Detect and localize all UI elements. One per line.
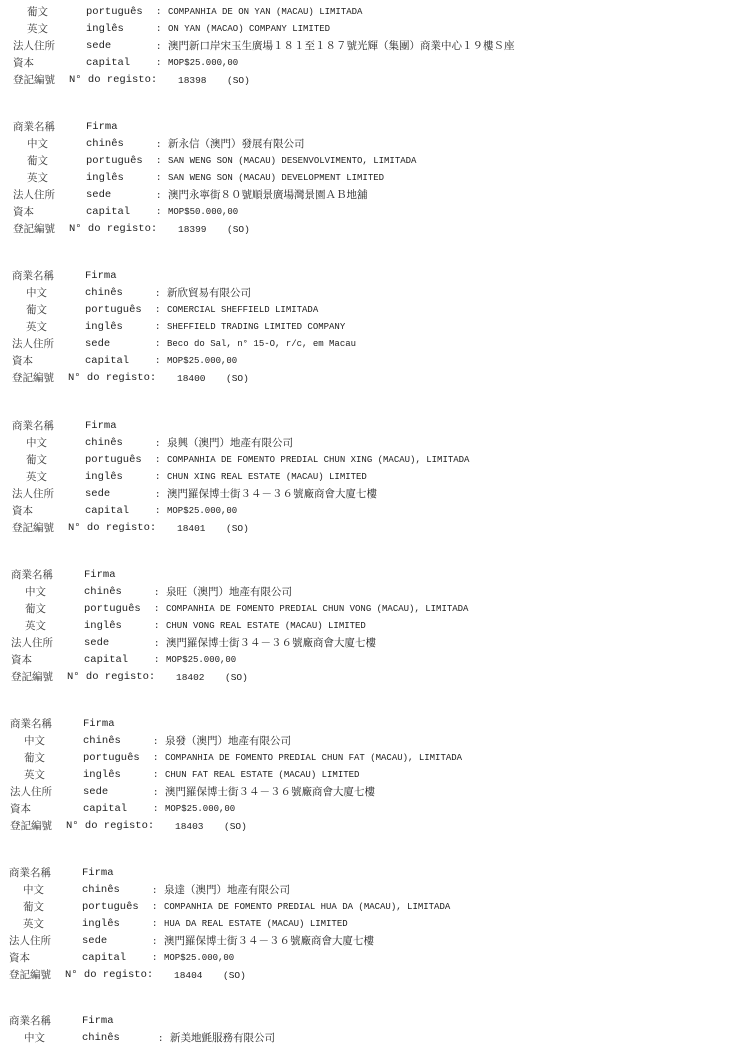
label-registo-zh: 登記編號 xyxy=(13,221,55,238)
value-text: SHEFFIELD TRADING LIMITED COMPANY xyxy=(167,322,345,332)
colon: : xyxy=(153,734,165,751)
value-ingles: :HUA DA REAL ESTATE (MACAU) LIMITED xyxy=(152,916,348,933)
value-text: CHUN FAT REAL ESTATE (MACAU) LIMITED xyxy=(165,770,359,780)
value-text: MOP$50.000,00 xyxy=(168,207,238,217)
value-text: MOP$25.000,00 xyxy=(167,356,237,366)
label-firma-zh: 商業名稱 xyxy=(12,418,54,435)
label-chines-pt: chinês xyxy=(83,733,121,750)
label-sede-zh: 法人住所 xyxy=(11,635,53,652)
value-text: 新美地氈服務有限公司 xyxy=(170,1032,275,1044)
label-registo-zh: 登記編號 xyxy=(10,818,52,835)
label-chines-pt: chinês xyxy=(82,882,120,899)
label-registo-pt: N° do registo: xyxy=(67,669,155,686)
registo-tag: (SO) xyxy=(227,221,250,238)
registo-tag: (SO) xyxy=(227,72,250,89)
colon: : xyxy=(155,469,167,486)
label-portugues-zh: 葡文 xyxy=(24,750,45,767)
value-text: COMPANHIA DE FOMENTO PREDIAL HUA DA (MAC… xyxy=(164,902,450,912)
label-capital-zh: 資本 xyxy=(9,950,30,967)
registo-tag: (SO) xyxy=(226,520,249,537)
label-chines-pt: chinês xyxy=(85,435,123,452)
label-ingles-pt: inglês xyxy=(83,767,121,784)
registo-number: 18402 xyxy=(176,669,205,686)
colon: : xyxy=(153,785,165,802)
value-chines: :泉興（澳門）地產有限公司 xyxy=(155,435,293,453)
label-capital-pt: capital xyxy=(86,55,130,72)
label-portugues-zh: 葡文 xyxy=(27,153,48,170)
value-portugues: :COMPANHIA DE FOMENTO PREDIAL CHUN VONG … xyxy=(154,601,468,618)
label-sede-zh: 法人住所 xyxy=(12,336,54,353)
label-sede-zh: 法人住所 xyxy=(9,933,51,950)
colon: : xyxy=(156,137,168,154)
value-text: COMPANHIA DE FOMENTO PREDIAL CHUN VONG (… xyxy=(166,604,468,614)
label-ingles-pt: inglês xyxy=(86,21,124,38)
colon: : xyxy=(156,55,168,72)
label-chines-pt: chinês xyxy=(86,136,124,153)
label-capital-pt: capital xyxy=(85,353,129,370)
label-sede-pt: sede xyxy=(84,635,109,652)
colon: : xyxy=(155,487,167,504)
label-ingles-pt: inglês xyxy=(86,170,124,187)
label-ingles-zh: 英文 xyxy=(27,21,48,38)
label-capital-zh: 資本 xyxy=(13,204,34,221)
value-capital: :MOP$25.000,00 xyxy=(155,353,237,370)
label-portugues-zh: 葡文 xyxy=(23,899,44,916)
colon: : xyxy=(155,503,167,520)
colon: : xyxy=(154,636,166,653)
value-capital: :MOP$25.000,00 xyxy=(153,801,235,818)
label-portugues-zh: 葡文 xyxy=(25,601,46,618)
value-ingles: :SHEFFIELD TRADING LIMITED COMPANY xyxy=(155,319,345,336)
registo-number: 18403 xyxy=(175,818,204,835)
value-ingles: :CHUN XING REAL ESTATE (MACAU) LIMITED xyxy=(155,469,367,486)
label-sede-zh: 法人住所 xyxy=(10,784,52,801)
label-chines-pt: chinês xyxy=(85,285,123,302)
colon: : xyxy=(154,585,166,602)
colon: : xyxy=(153,801,165,818)
label-portugues-pt: português xyxy=(85,302,142,319)
label-portugues-zh: 葡文 xyxy=(26,302,47,319)
value-text: Beco do Sal, n° 15-O, r/c, em Macau xyxy=(167,339,356,349)
label-registo-pt: N° do registo: xyxy=(69,221,157,238)
registo-tag: (SO) xyxy=(224,818,247,835)
value-chines: :泉發（澳門）地產有限公司 xyxy=(153,733,291,751)
registo-tag: (SO) xyxy=(225,669,248,686)
value-capital: :MOP$25.000,00 xyxy=(156,55,238,72)
value-text: MOP$25.000,00 xyxy=(164,953,234,963)
label-portugues-zh: 葡文 xyxy=(26,452,47,469)
value-capital: :MOP$25.000,00 xyxy=(154,652,236,669)
value-text: 澳門羅保博士街３４－３６號廠商會大廈七樓 xyxy=(165,786,375,798)
registo-number: 18400 xyxy=(177,370,206,387)
colon: : xyxy=(156,4,168,21)
registo-tag: (SO) xyxy=(226,370,249,387)
label-chines-pt: chinês xyxy=(82,1030,120,1047)
label-portugues-pt: português xyxy=(85,452,142,469)
colon: : xyxy=(152,899,164,916)
value-text: 泉興（澳門）地產有限公司 xyxy=(167,437,293,449)
colon: : xyxy=(152,934,164,951)
label-ingles-pt: inglês xyxy=(85,319,123,336)
label-sede-pt: sede xyxy=(83,784,108,801)
label-ingles-pt: inglês xyxy=(84,618,122,635)
label-firma-pt: Firma xyxy=(82,865,114,882)
label-registo-zh: 登記編號 xyxy=(9,967,51,984)
label-capital-pt: capital xyxy=(82,950,126,967)
value-capital: :MOP$25.000,00 xyxy=(152,950,234,967)
colon: : xyxy=(155,302,167,319)
colon: : xyxy=(154,652,166,669)
label-chines-zh: 中文 xyxy=(23,882,44,899)
label-chines-zh: 中文 xyxy=(24,1030,45,1047)
label-registo-pt: N° do registo: xyxy=(68,370,156,387)
label-registo-pt: N° do registo: xyxy=(66,818,154,835)
colon: : xyxy=(153,750,165,767)
value-text: 澳門羅保博士街３４－３６號廠商會大廈七樓 xyxy=(166,637,376,649)
label-registo-zh: 登記編號 xyxy=(11,669,53,686)
colon: : xyxy=(155,286,167,303)
label-firma-pt: Firma xyxy=(85,418,117,435)
label-sede-pt: sede xyxy=(85,486,110,503)
value-capital: :MOP$50.000,00 xyxy=(156,204,238,221)
value-capital: :MOP$25.000,00 xyxy=(155,503,237,520)
label-sede-pt: sede xyxy=(86,38,111,55)
value-ingles: :ON YAN (MACAO) COMPANY LIMITED xyxy=(156,21,330,38)
label-firma-pt: Firma xyxy=(82,1013,114,1030)
label-capital-pt: capital xyxy=(86,204,130,221)
label-firma-pt: Firma xyxy=(86,119,118,136)
value-chines: :泉旺（澳門）地產有限公司 xyxy=(154,584,292,602)
colon: : xyxy=(155,452,167,469)
label-capital-zh: 資本 xyxy=(10,801,31,818)
label-capital-zh: 資本 xyxy=(13,55,34,72)
colon: : xyxy=(154,601,166,618)
label-firma-pt: Firma xyxy=(83,716,115,733)
label-sede-pt: sede xyxy=(85,336,110,353)
value-text: MOP$25.000,00 xyxy=(168,58,238,68)
registo-number: 18399 xyxy=(178,221,207,238)
value-chines: :新欣貿易有限公司 xyxy=(155,285,251,303)
colon: : xyxy=(155,436,167,453)
value-chines: :泉達（澳門）地產有限公司 xyxy=(152,882,290,900)
colon: : xyxy=(156,21,168,38)
value-chines: :新永信（澳門）發展有限公司 xyxy=(156,136,305,154)
label-sede-zh: 法人住所 xyxy=(13,187,55,204)
value-text: CHUN XING REAL ESTATE (MACAU) LIMITED xyxy=(167,472,367,482)
colon: : xyxy=(156,170,168,187)
label-registo-zh: 登記編號 xyxy=(12,370,54,387)
value-ingles: :CHUN FAT REAL ESTATE (MACAU) LIMITED xyxy=(153,767,359,784)
label-sede-zh: 法人住所 xyxy=(13,38,55,55)
colon: : xyxy=(154,618,166,635)
value-text: COMPANHIA DE FOMENTO PREDIAL CHUN FAT (M… xyxy=(165,753,462,763)
label-registo-pt: N° do registo: xyxy=(65,967,153,984)
value-text: COMPANHIA DE ON YAN (MACAU) LIMITADA xyxy=(168,7,362,17)
value-ingles: :SAN WENG SON (MACAU) DEVELOPMENT LIMITE… xyxy=(156,170,384,187)
colon: : xyxy=(156,188,168,205)
label-firma-pt: Firma xyxy=(84,567,116,584)
value-text: HUA DA REAL ESTATE (MACAU) LIMITED xyxy=(164,919,348,929)
label-ingles-zh: 英文 xyxy=(23,916,44,933)
label-firma-zh: 商業名稱 xyxy=(10,716,52,733)
value-text: COMPANHIA DE FOMENTO PREDIAL CHUN XING (… xyxy=(167,455,469,465)
value-text: SAN WENG SON (MACAU) DEVELOPMENT LIMITED xyxy=(168,173,384,183)
value-sede: :Beco do Sal, n° 15-O, r/c, em Macau xyxy=(155,336,356,353)
value-sede: :澳門羅保博士街３４－３６號廠商會大廈七樓 xyxy=(155,486,377,504)
label-portugues-pt: português xyxy=(86,4,143,21)
value-text: 新欣貿易有限公司 xyxy=(167,287,251,299)
registo-number: 18398 xyxy=(178,72,207,89)
label-capital-zh: 資本 xyxy=(11,652,32,669)
label-capital-pt: capital xyxy=(84,652,128,669)
label-ingles-zh: 英文 xyxy=(26,319,47,336)
value-text: COMERCIAL SHEFFIELD LIMITADA xyxy=(167,305,318,315)
value-ingles: :CHUN VONG REAL ESTATE (MACAU) LIMITED xyxy=(154,618,366,635)
colon: : xyxy=(156,39,168,56)
label-ingles-pt: inglês xyxy=(85,469,123,486)
label-registo-zh: 登記編號 xyxy=(13,72,55,89)
value-text: 澳門永寧街８０號順景廣場灣景園ＡＢ地舖 xyxy=(168,189,368,201)
value-portugues: :SAN WENG SON (MACAU) DESENVOLVIMENTO, L… xyxy=(156,153,416,170)
colon: : xyxy=(158,1031,170,1048)
registo-number: 18404 xyxy=(174,967,203,984)
colon: : xyxy=(152,916,164,933)
label-ingles-zh: 英文 xyxy=(24,767,45,784)
label-chines-zh: 中文 xyxy=(24,733,45,750)
label-portugues-pt: português xyxy=(86,153,143,170)
value-portugues: :COMPANHIA DE FOMENTO PREDIAL HUA DA (MA… xyxy=(152,899,450,916)
value-sede: :澳門羅保博士街３４－３６號廠商會大廈七樓 xyxy=(153,784,375,802)
label-registo-zh: 登記編號 xyxy=(12,520,54,537)
value-portugues: :COMERCIAL SHEFFIELD LIMITADA xyxy=(155,302,318,319)
value-text: MOP$25.000,00 xyxy=(166,655,236,665)
label-ingles-zh: 英文 xyxy=(27,170,48,187)
value-text: SAN WENG SON (MACAU) DESENVOLVIMENTO, LI… xyxy=(168,156,416,166)
label-portugues-pt: português xyxy=(83,750,140,767)
label-capital-pt: capital xyxy=(83,801,127,818)
value-text: 澳門羅保博士街３４－３６號廠商會大廈七樓 xyxy=(164,935,374,947)
value-text: 澳門羅保博士街３４－３６號廠商會大廈七樓 xyxy=(167,488,377,500)
value-text: 澳門新口岸宋玉生廣場１８１至１８７號光輝（集團）商業中心１９樓Ｓ座 xyxy=(168,40,515,52)
label-chines-zh: 中文 xyxy=(26,285,47,302)
label-firma-zh: 商業名稱 xyxy=(13,119,55,136)
label-registo-pt: N° do registo: xyxy=(69,72,157,89)
label-ingles-zh: 英文 xyxy=(26,469,47,486)
value-text: 新永信（澳門）發展有限公司 xyxy=(168,138,305,150)
label-portugues-pt: português xyxy=(84,601,141,618)
value-sede: :澳門羅保博士街３４－３６號廠商會大廈七樓 xyxy=(152,933,374,951)
value-text: CHUN VONG REAL ESTATE (MACAU) LIMITED xyxy=(166,621,366,631)
colon: : xyxy=(155,319,167,336)
colon: : xyxy=(153,767,165,784)
label-chines-zh: 中文 xyxy=(26,435,47,452)
label-ingles-zh: 英文 xyxy=(25,618,46,635)
label-capital-zh: 資本 xyxy=(12,503,33,520)
label-capital-zh: 資本 xyxy=(12,353,33,370)
value-text: MOP$25.000,00 xyxy=(167,506,237,516)
label-firma-zh: 商業名稱 xyxy=(9,865,51,882)
label-portugues-pt: português xyxy=(82,899,139,916)
colon: : xyxy=(152,883,164,900)
value-chines: :新美地氈服務有限公司 xyxy=(158,1030,275,1048)
colon: : xyxy=(156,153,168,170)
label-sede-zh: 法人住所 xyxy=(12,486,54,503)
label-chines-pt: chinês xyxy=(84,584,122,601)
label-ingles-pt: inglês xyxy=(82,916,120,933)
value-portugues: :COMPANHIA DE ON YAN (MACAU) LIMITADA xyxy=(156,4,362,21)
value-sede: :澳門羅保博士街３４－３６號廠商會大廈七樓 xyxy=(154,635,376,653)
label-firma-zh: 商業名稱 xyxy=(12,268,54,285)
label-firma-pt: Firma xyxy=(85,268,117,285)
value-text: 泉旺（澳門）地產有限公司 xyxy=(166,586,292,598)
label-firma-zh: 商業名稱 xyxy=(11,567,53,584)
value-text: 泉發（澳門）地產有限公司 xyxy=(165,735,291,747)
value-portugues: :COMPANHIA DE FOMENTO PREDIAL CHUN XING … xyxy=(155,452,469,469)
colon: : xyxy=(152,950,164,967)
registo-number: 18401 xyxy=(177,520,206,537)
label-capital-pt: capital xyxy=(85,503,129,520)
label-registo-pt: N° do registo: xyxy=(68,520,156,537)
colon: : xyxy=(155,353,167,370)
value-text: MOP$25.000,00 xyxy=(165,804,235,814)
label-chines-zh: 中文 xyxy=(25,584,46,601)
label-sede-pt: sede xyxy=(82,933,107,950)
value-text: 泉達（澳門）地產有限公司 xyxy=(164,884,290,896)
value-sede: :澳門永寧街８０號順景廣場灣景園ＡＢ地舖 xyxy=(156,187,368,205)
value-sede: :澳門新口岸宋玉生廣場１８１至１８７號光輝（集團）商業中心１９樓Ｓ座 xyxy=(156,38,515,56)
registo-tag: (SO) xyxy=(223,967,246,984)
colon: : xyxy=(155,336,167,353)
label-firma-zh: 商業名稱 xyxy=(9,1013,51,1030)
colon: : xyxy=(156,204,168,221)
label-chines-zh: 中文 xyxy=(27,136,48,153)
value-portugues: :COMPANHIA DE FOMENTO PREDIAL CHUN FAT (… xyxy=(153,750,462,767)
label-sede-pt: sede xyxy=(86,187,111,204)
label-portugues-zh: 葡文 xyxy=(27,4,48,21)
value-text: ON YAN (MACAO) COMPANY LIMITED xyxy=(168,24,330,34)
